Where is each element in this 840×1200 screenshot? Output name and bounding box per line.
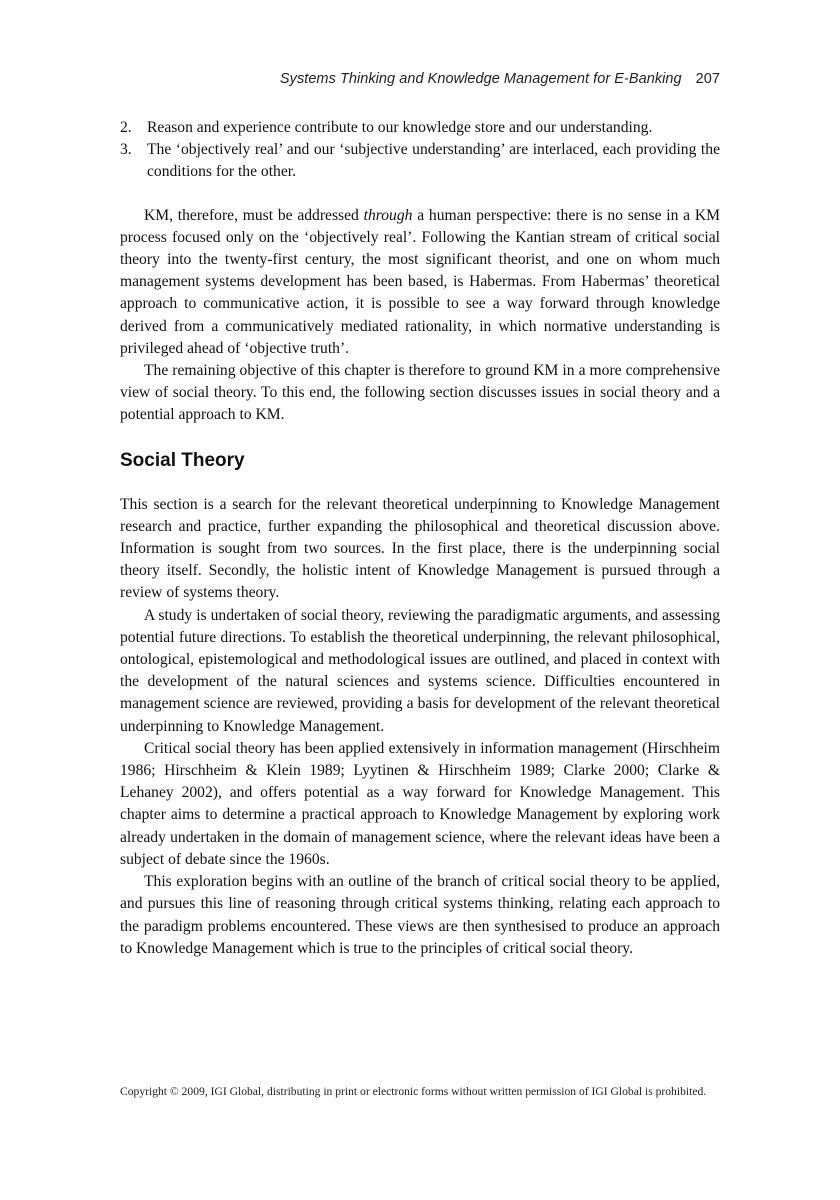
running-header: Systems Thinking and Knowledge Managemen…: [120, 71, 720, 87]
list-item: 3. The ‘objectively real’ and our ‘subje…: [120, 139, 720, 183]
page-body: 2. Reason and experience contribute to o…: [120, 117, 720, 960]
running-title: Systems Thinking and Knowledge Managemen…: [280, 71, 682, 87]
emphasis-text: through: [364, 207, 413, 224]
list-item-text: The ‘objectively real’ and our ‘subjecti…: [147, 139, 720, 183]
paragraph: The remaining objective of this chapter …: [120, 360, 720, 427]
page-number: 207: [696, 71, 720, 87]
paragraph-text: a human perspective: there is no sense i…: [120, 207, 720, 357]
paragraph: This section is a search for the relevan…: [120, 494, 720, 605]
list-item-number: 2.: [120, 117, 147, 139]
paragraph: KM, therefore, must be addressed through…: [120, 205, 720, 360]
paragraph: This exploration begins with an outline …: [120, 871, 720, 960]
section-heading: Social Theory: [120, 449, 720, 473]
paragraph-text: KM, therefore, must be addressed: [144, 207, 364, 224]
list-item: 2. Reason and experience contribute to o…: [120, 117, 720, 139]
spacer: [120, 184, 720, 205]
copyright-footer: Copyright © 2009, IGI Global, distributi…: [120, 1084, 720, 1099]
list-item-text: Reason and experience contribute to our …: [147, 117, 720, 139]
list-item-number: 3.: [120, 139, 147, 183]
numbered-list: 2. Reason and experience contribute to o…: [120, 117, 720, 184]
paragraph: Critical social theory has been applied …: [120, 738, 720, 871]
paragraph: A study is undertaken of social theory, …: [120, 605, 720, 738]
